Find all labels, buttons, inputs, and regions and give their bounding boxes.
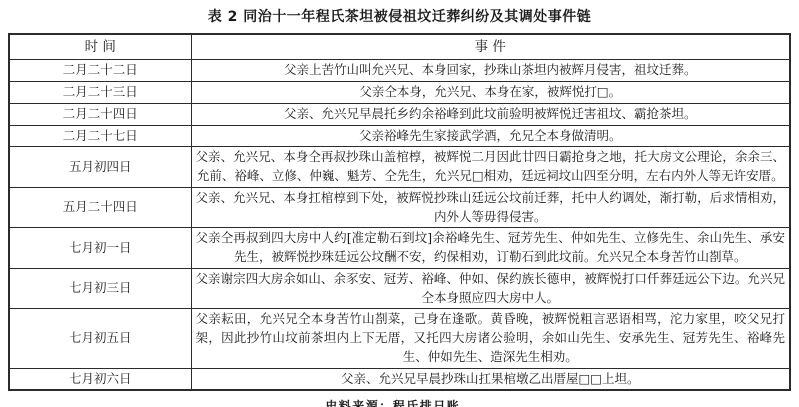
table-row: 五月二十四日 父亲、允兴兄、本身扛棺椁到下处，被辉悦抄珠山廷远公坟前迁葬，托中人…: [9, 187, 790, 228]
table-row: 七月初六日 父亲、允兴兄早晨抄珠山扛果棺墩乙出厝屋□□上坦。: [9, 368, 790, 390]
time-cell: 二月二十七日: [9, 125, 191, 147]
column-header-event: 事 件: [191, 34, 790, 60]
events-table: 时 间 事 件 二月二十二日 父亲上苦竹山叫允兴兄、本身回家，抄珠山茶坦内被辉月…: [8, 33, 791, 391]
event-cell: 父亲、允兴兄早晨托乡约余裕峰到此坟前验明被辉悦迁害祖坟、霸抢茶坦。: [191, 103, 790, 125]
table-row: 七月初三日 父亲谢宗四大房余如山、余豕安、冠芳、裕峰、仲如、保约族长德申，被辉悦…: [9, 268, 790, 309]
event-cell: 父亲仝再叔到四大房中人约[准定勒石到坟]余裕峰先生、冠芳先生、仲如先生、立修先生…: [191, 228, 790, 269]
table-row: 二月二十七日 父亲裕峰先生家接武学酒，允兄仝本身做清明。: [9, 125, 790, 147]
event-cell: 父亲仝本身，允兴兄、本身在家，被辉悦打□。: [191, 82, 790, 104]
time-cell: 五月二十四日: [9, 187, 191, 228]
event-cell: 父亲上苦竹山叫允兴兄、本身回家，抄珠山茶坦内被辉月侵害，祖坟迁葬。: [191, 60, 790, 82]
source-note: 史料来源：程氏排日账。: [8, 397, 791, 407]
table-row: 二月二十三日 父亲仝本身，允兴兄、本身在家，被辉悦打□。: [9, 82, 790, 104]
time-cell: 二月二十二日: [9, 60, 191, 82]
event-cell: 父亲、允兴兄、本身仝再叔抄珠山盖棺椁，被辉悦二月因此廿四日霸抢身之地，托大房文公…: [191, 147, 790, 188]
document-page: 表 2 同治十一年程氏茶坦被侵祖坟迁葬纠纷及其调处事件链 时 间 事 件 二月二…: [0, 0, 799, 407]
time-cell: 七月初六日: [9, 368, 191, 390]
table-row: 二月二十四日 父亲、允兴兄早晨托乡约余裕峰到此坟前验明被辉悦迁害祖坟、霸抢茶坦。: [9, 103, 790, 125]
table-row: 七月初五日 父亲耘田，允兴兄仝本身苦竹山剳菜，己身在逢歌。黄昏晚，被辉悦粗言恶语…: [9, 309, 790, 368]
event-cell: 父亲谢宗四大房余如山、余豕安、冠芳、裕峰、仲如、保约族长德申，被辉悦打口仟葬廷远…: [191, 268, 790, 309]
time-cell: 七月初一日: [9, 228, 191, 269]
event-cell: 父亲、允兴兄早晨抄珠山扛果棺墩乙出厝屋□□上坦。: [191, 368, 790, 390]
time-cell: 七月初三日: [9, 268, 191, 309]
table-row: 七月初一日 父亲仝再叔到四大房中人约[准定勒石到坟]余裕峰先生、冠芳先生、仲如先…: [9, 228, 790, 269]
event-cell: 父亲、允兴兄、本身扛棺椁到下处，被辉悦抄珠山廷远公坟前迁葬，托中人约调处，渐打勒…: [191, 187, 790, 228]
table-row: 二月二十二日 父亲上苦竹山叫允兴兄、本身回家，抄珠山茶坦内被辉月侵害，祖坟迁葬。: [9, 60, 790, 82]
table-title: 表 2 同治十一年程氏茶坦被侵祖坟迁葬纠纷及其调处事件链: [8, 8, 791, 26]
event-cell: 父亲耘田，允兴兄仝本身苦竹山剳菜，己身在逢歌。黄昏晚，被辉悦粗言恶语相骂，沱力家…: [191, 309, 790, 368]
header-row: 时 间 事 件: [9, 34, 790, 60]
event-cell: 父亲裕峰先生家接武学酒，允兄仝本身做清明。: [191, 125, 790, 147]
table-row: 五月初四日 父亲、允兴兄、本身仝再叔抄珠山盖棺椁，被辉悦二月因此廿四日霸抢身之地…: [9, 147, 790, 188]
time-cell: 五月初四日: [9, 147, 191, 188]
time-cell: 二月二十四日: [9, 103, 191, 125]
time-cell: 七月初五日: [9, 309, 191, 368]
column-header-time: 时 间: [9, 34, 191, 60]
time-cell: 二月二十三日: [9, 82, 191, 104]
